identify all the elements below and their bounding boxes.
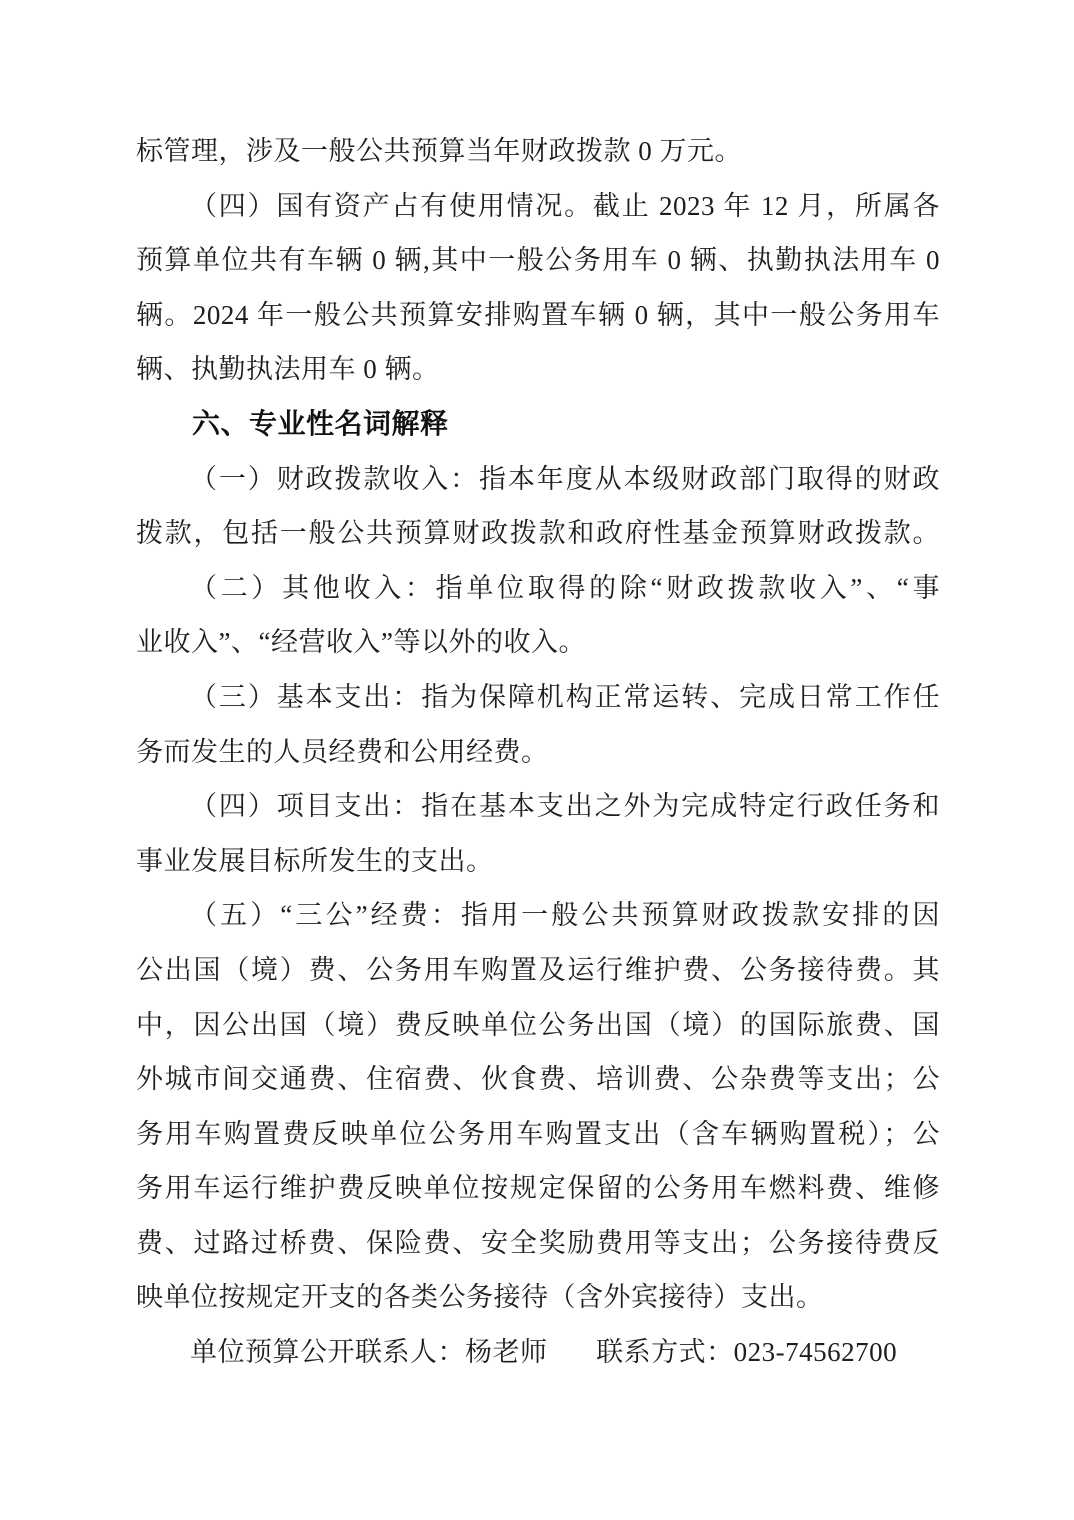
text-line: 标管理，涉及一般公共预算当年财政拨款 0 万元。	[136, 124, 940, 179]
text-line: （四）项目支出：指在基本支出之外为完成特定行政任务和	[136, 779, 940, 834]
document-page: 标管理，涉及一般公共预算当年财政拨款 0 万元。 （四）国有资产占有使用情况。截…	[0, 0, 1074, 1520]
text-line: 辆。2024 年一般公共预算安排购置车辆 0 辆，其中一般公务用车	[136, 288, 940, 343]
text-line: 务而发生的人员经费和公用经费。	[136, 725, 940, 780]
text-line: （二）其他收入：指单位取得的除“财政拨款收入”、“事	[136, 561, 940, 616]
text-line: （三）基本支出：指为保障机构正常运转、完成日常工作任	[136, 670, 940, 725]
text-line: 外城市间交通费、住宿费、伙食费、培训费、公杂费等支出；公	[136, 1052, 940, 1107]
text-line: 务用车购置费反映单位公务用车购置支出（含车辆购置税）；公	[136, 1107, 940, 1162]
text-line: 映单位按规定开支的各类公务接待（含外宾接待）支出。	[136, 1270, 940, 1325]
text-line: 拨款，包括一般公共预算财政拨款和政府性基金预算财政拨款。	[136, 506, 940, 561]
contact-line: 单位预算公开联系人：杨老师联系方式：023-74562700	[136, 1325, 940, 1380]
text-line: （五）“三公”经费：指用一般公共预算财政拨款安排的因	[136, 888, 940, 943]
contact-phone: 联系方式：023-74562700	[596, 1337, 897, 1367]
section-heading: 六、专业性名词解释	[136, 397, 940, 452]
text-line: 业收入”、“经营收入”等以外的收入。	[136, 615, 940, 670]
document-text-block: 标管理，涉及一般公共预算当年财政拨款 0 万元。 （四）国有资产占有使用情况。截…	[136, 124, 940, 1380]
text-line: （四）国有资产占有使用情况。截止 2023 年 12 月，所属各	[136, 179, 940, 234]
text-line: （一）财政拨款收入：指本年度从本级财政部门取得的财政	[136, 452, 940, 507]
text-line: 事业发展目标所发生的支出。	[136, 834, 940, 889]
text-line: 中，因公出国（境）费反映单位公务出国（境）的国际旅费、国	[136, 998, 940, 1053]
text-line: 预算单位共有车辆 0 辆,其中一般公务用车 0 辆、执勤执法用车 0	[136, 233, 940, 288]
text-line: 费、过路过桥费、保险费、安全奖励费用等支出；公务接待费反	[136, 1216, 940, 1271]
text-line: 公出国（境）费、公务用车购置及运行维护费、公务接待费。其	[136, 943, 940, 998]
text-line: 务用车运行维护费反映单位按规定保留的公务用车燃料费、维修	[136, 1161, 940, 1216]
contact-person: 单位预算公开联系人：杨老师	[190, 1337, 548, 1367]
text-line: 辆、执勤执法用车 0 辆。	[136, 342, 940, 397]
